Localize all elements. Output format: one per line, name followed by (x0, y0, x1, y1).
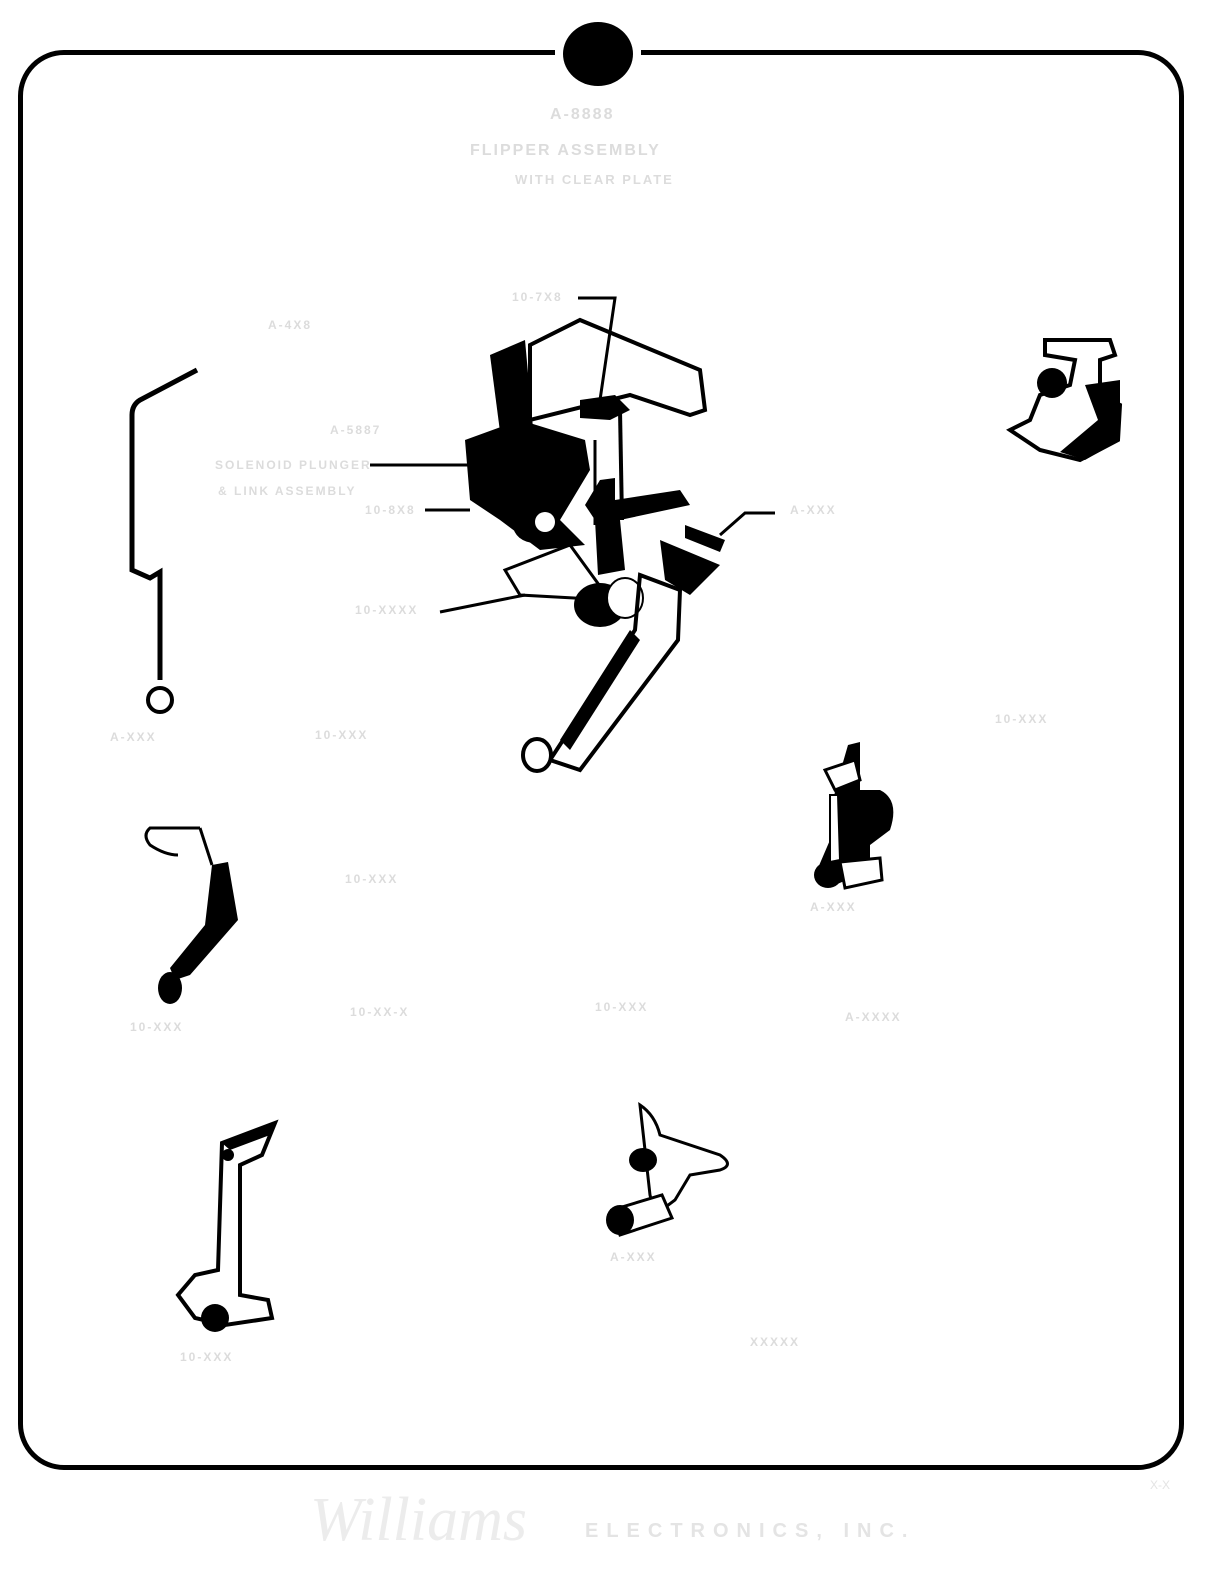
parts-illustration (0, 0, 1224, 1584)
cam-crank-drawing (606, 1105, 728, 1235)
hook-lever-drawing (146, 828, 238, 1004)
flipper-crank-drawing (1010, 340, 1120, 460)
wire-link-drawing (132, 370, 197, 712)
company-name: ELECTRONICS, INC. (585, 1520, 915, 1543)
page-number: X-X (1150, 1478, 1170, 1492)
lever-arm-drawing (814, 742, 893, 888)
flipper-assembly-drawing (370, 298, 775, 771)
flipper-lever-drawing (178, 1123, 275, 1332)
brand-logo: Williams (310, 1485, 527, 1556)
